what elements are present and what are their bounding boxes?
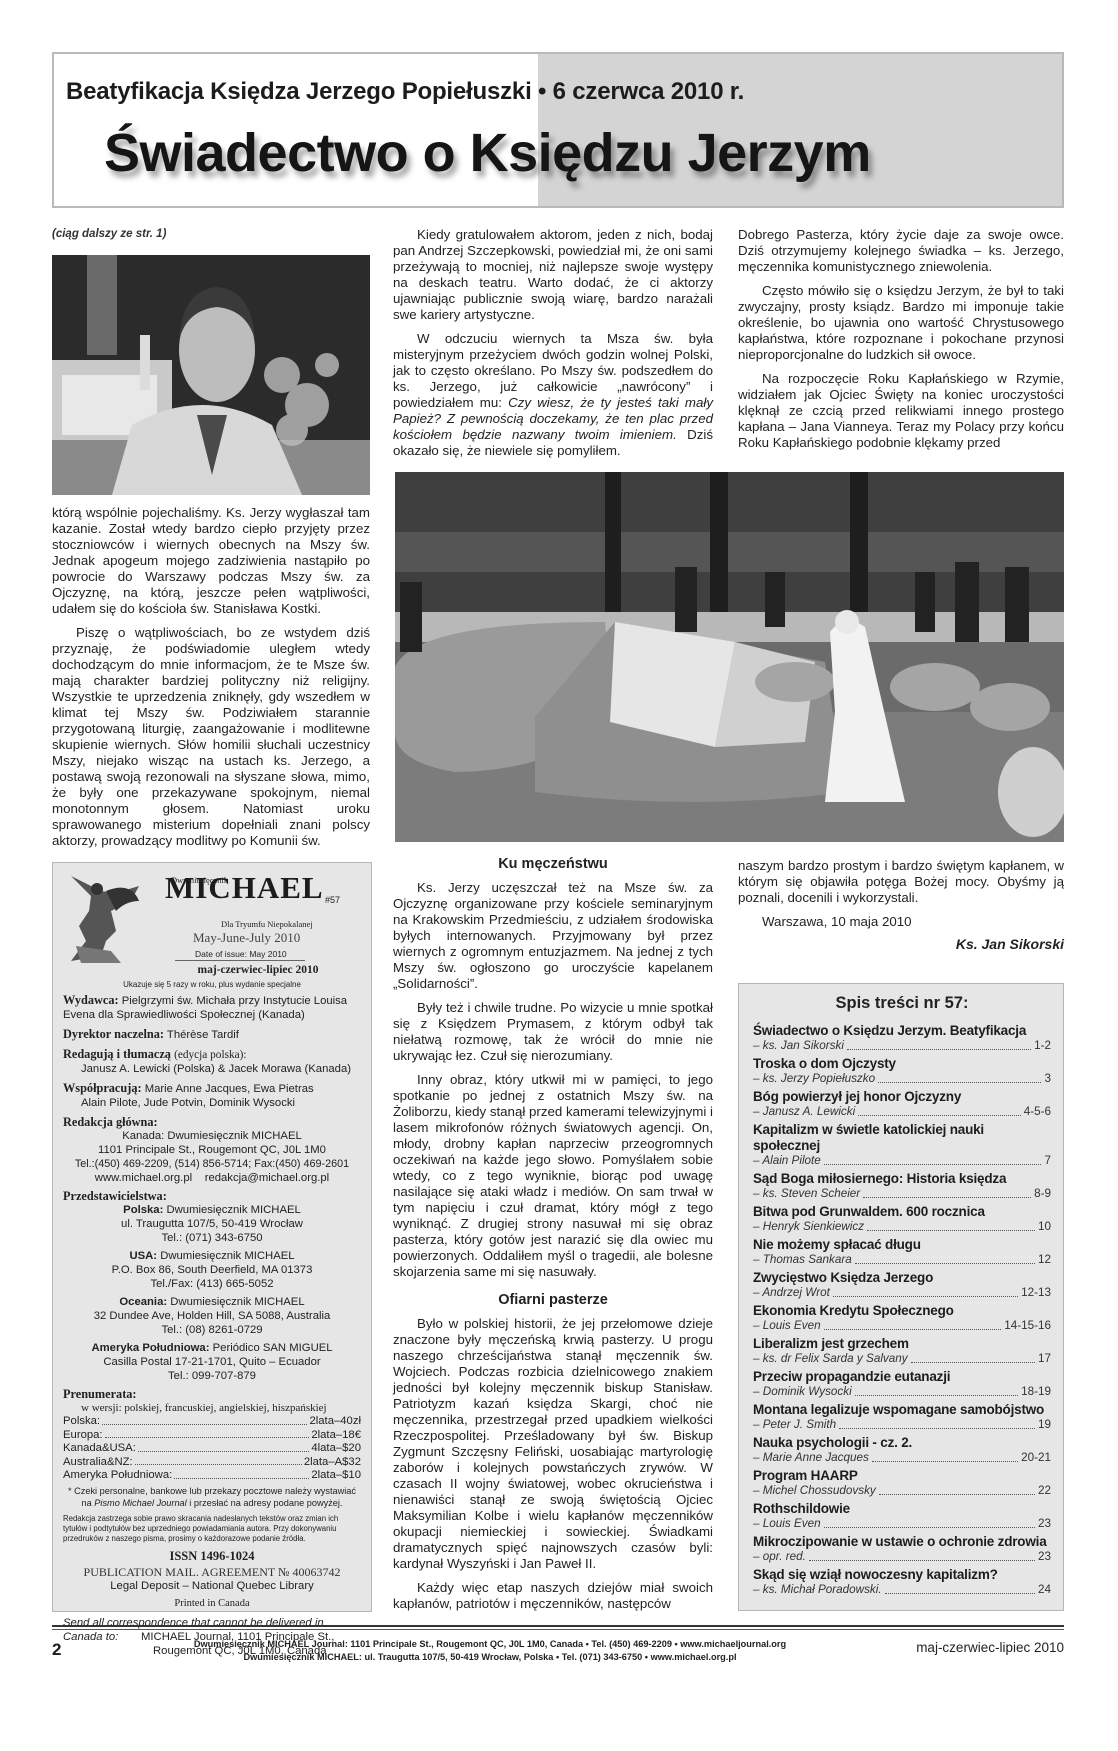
toc-item-title: Sąd Boga miłosiernego: Historia księdza [753,1171,1051,1187]
toc-item-pages: 17 [1038,1352,1051,1366]
toc-item-author: – ks. Michał Poradowski. [753,1583,882,1597]
toc-item-title: Montana legalizuje wspomagane samobójstw… [753,1402,1051,1418]
paragraph: Ks. Jerzy uczęszczał też na Msze św. za … [393,880,713,992]
masthead-box: Dwumiesięcznik MICHAEL #57 Dla Tryumfu N… [52,862,372,1612]
toc-item-pages: 1-2 [1034,1039,1051,1053]
rep-oceania: Oceania: Dwumiesięcznik MICHAEL32 Dundee… [63,1295,361,1337]
page-number: 2 [52,1640,61,1660]
publication-mail: PUBLICATION MAIL. AGREEMENT № 40063742 [63,1565,361,1579]
paragraph: którą wspólnie pojechaliśmy. Ks. Jerzy w… [52,505,370,617]
toc-item-author: – ks. dr Felix Sarda y Salvany [753,1352,908,1366]
toc-item-author: – Louis Even [753,1517,821,1531]
toc-item-title: Przeciw propagandzie eutanazji [753,1369,1051,1385]
toc-item-pages: 10 [1038,1220,1051,1234]
toc-item-author: – Dominik Wysocki [753,1385,852,1399]
page-title: Świadectwo o Księdzu Jerzym [104,122,871,184]
paragraph: Często mówiło się o księdzu Jerzym, że b… [738,283,1064,363]
paragraph: Było w polskiej historii, że jej przełom… [393,1316,713,1572]
toc-item[interactable]: Program HAARP – Michel Chossudovsky22 [753,1468,1051,1498]
toc-item[interactable]: Mikroczipowanie w ustawie o ochronie zdr… [753,1534,1051,1564]
toc-item-author: – Alain Pilote [753,1154,821,1168]
editors: Janusz A. Lewicki (Polska) & Jacek Moraw… [63,1062,361,1076]
legal-deposit: Legal Deposit – National Quebec Library [63,1579,361,1593]
toc-item-pages: 7 [1044,1154,1051,1168]
paragraph: Na rozpoczęcie Roku Kapłańskiego w Rzymi… [738,371,1064,451]
toc-title: Spis treści nr 57: [753,994,1051,1013]
issue-months-en: May-June-July 2010 [193,931,300,945]
issn: ISSN 1496-1024 [63,1549,361,1563]
toc-item[interactable]: Nie możemy spłacać długu – Thomas Sankar… [753,1237,1051,1267]
toc-item-title: Rothschildowie [753,1501,1051,1517]
toc-item[interactable]: Montana legalizuje wspomagane samobójstw… [753,1402,1051,1432]
toc-item-author: – ks. Jan Sikorski [753,1039,844,1053]
paragraph: Dobrego Pasterza, który życie daje za sw… [738,227,1064,275]
footer-rule [52,1629,1064,1630]
footer-issue: maj-czerwiec-lipiec 2010 [880,1640,1064,1655]
toc-item[interactable]: Bitwa pod Grunwaldem. 600 rocznica – Hen… [753,1204,1051,1234]
toc-item-title: Zwycięstwo Księdza Jerzego [753,1270,1051,1286]
toc-item-author: – Henryk Sienkiewicz [753,1220,864,1234]
masthead-motto: Dla Tryumfu Niepokalanej [221,917,313,931]
toc-item-pages: 12-13 [1021,1286,1051,1300]
section-heading: Ofiarni pasterze [393,1292,713,1308]
toc-item-title: Skąd się wziął nowoczesny kapitalizm? [753,1567,1051,1583]
toc-item-author: – Louis Even [753,1319,821,1333]
toc-item[interactable]: Skąd się wziął nowoczesny kapitalizm? – … [753,1567,1051,1597]
footer-address: Dwumiesięcznik MICHAEL Journal: 1101 Pri… [140,1638,840,1664]
toc-item-author: – Michel Chossudovsky [753,1484,876,1498]
toc-item-title: Bóg powierzył jej honor Ojczyzny [753,1089,1051,1105]
toc-item-author: – Marie Anne Jacques [753,1451,869,1465]
table-of-contents: Spis treści nr 57: Świadectwo o Księdzu … [738,983,1064,1611]
toc-item-title: Mikroczipowanie w ustawie o ochronie zdr… [753,1534,1051,1550]
toc-item[interactable]: Przeciw propagandzie eutanazji – Dominik… [753,1369,1051,1399]
toc-item-pages: 12 [1038,1253,1051,1267]
toc-item[interactable]: Ekonomia Kredytu Społecznego – Louis Eve… [753,1303,1051,1333]
toc-item-pages: 19 [1038,1418,1051,1432]
toc-item-title: Nie możemy spłacać długu [753,1237,1051,1253]
toc-item-author: – opr. red. [753,1550,806,1564]
toc-item-title: Nauka psychologii - cz. 2. [753,1435,1051,1451]
toc-item-pages: 22 [1038,1484,1051,1498]
article-column-1: którą wspólnie pojechaliśmy. Ks. Jerzy w… [52,505,370,857]
cheques-note: * Czeki personalne, bankowe lub przekazy… [63,1485,361,1509]
director: Thérèse Tardif [167,1029,239,1041]
toc-item-pages: 23 [1038,1517,1051,1531]
toc-item-pages: 24 [1038,1583,1051,1597]
footer-rule [52,1625,1064,1627]
continued-note: (ciąg dalszy ze str. 1) [52,228,166,240]
article-column-3-bottom: naszym bardzo prostym i bardzo świętym k… [738,858,1064,952]
toc-item-pages: 8-9 [1034,1187,1051,1201]
date-of-issue: Date of issue: May 2010 [195,947,287,961]
grave-photo [395,472,1064,842]
masthead-name: MICHAEL [165,881,324,895]
article-column-2-top: Kiedy gratulowałem aktorom, jeden z nich… [393,227,713,467]
toc-item-pages: 14-15-16 [1004,1319,1051,1333]
toc-item-author: – ks. Steven Scheier [753,1187,860,1201]
frequency: Ukazuje się 5 razy w roku, plus wydanie … [53,978,371,992]
paragraph: Kiedy gratulowałem aktorom, jeden z nich… [393,227,713,323]
section-heading: Ku męczeństwu [393,856,713,872]
email-link[interactable]: redakcja@michael.org.pl [205,1172,330,1184]
toc-item[interactable]: Zwycięstwo Księdza Jerzego – Andrzej Wro… [753,1270,1051,1300]
article-author: Ks. Jan Sikorski [738,936,1064,952]
toc-item-pages: 18-19 [1021,1385,1051,1399]
issue-months-pl: maj-czerwiec-lipiec 2010 [153,963,363,977]
toc-item[interactable]: Sąd Boga miłosiernego: Historia księdza … [753,1171,1051,1201]
paragraph: Piszę o wątpliwościach, bo ze wstydem dz… [52,625,370,849]
paragraph: Inny obraz, który utkwił mi w pamięci, t… [393,1072,713,1280]
toc-item[interactable]: Nauka psychologii - cz. 2. – Marie Anne … [753,1435,1051,1465]
toc-item-title: Kapitalizm w świetle katolickiej nauki s… [753,1122,1051,1154]
paragraph: Były też i chwile trudne. Po wizycie u m… [393,1000,713,1064]
website-link[interactable]: www.michael.org.pl [95,1172,192,1184]
rep-poland: Polska: Dwumiesięcznik MICHAELul. Traugu… [63,1203,361,1245]
toc-item-pages: 3 [1044,1072,1051,1086]
toc-item-author: – Thomas Sankara [753,1253,852,1267]
toc-item-author: – Janusz A. Lewicki [753,1105,855,1119]
toc-item[interactable]: Bóg powierzył jej honor Ojczyzny – Janus… [753,1089,1051,1119]
toc-item[interactable]: Świadectwo o Księdzu Jerzym. Beatyfikacj… [753,1023,1051,1053]
toc-item-title: Liberalizm jest grzechem [753,1336,1051,1352]
toc-item-author: – Andrzej Wrot [753,1286,830,1300]
issue-number: #57 [325,893,340,907]
toc-item-pages: 23 [1038,1550,1051,1564]
article-header-box: Beatyfikacja Księdza Jerzego Popiełuszki… [52,52,1064,208]
toc-item-author: – Peter J. Smith [753,1418,836,1432]
archangel-michael-icon [61,871,141,961]
toc-item-title: Troska o dom Ojczysty [753,1056,1051,1072]
toc-item[interactable]: Troska o dom Ojczysty – ks. Jerzy Popieł… [753,1056,1051,1086]
toc-item-title: Program HAARP [753,1468,1051,1484]
toc-item-title: Ekonomia Kredytu Społecznego [753,1303,1051,1319]
toc-item-author: – ks. Jerzy Popiełuszko [753,1072,875,1086]
paragraph: naszym bardzo prostym i bardzo świętym k… [738,858,1064,906]
toc-item-title: Bitwa pod Grunwaldem. 600 rocznica [753,1204,1051,1220]
paragraph: Każdy więc etap naszych dziejów miał swo… [393,1580,713,1612]
printed-in: Printed in Canada [63,1597,361,1611]
toc-item-pages: 4-5-6 [1024,1105,1051,1119]
portrait-photo [52,255,370,495]
article-column-3-top: Dobrego Pasterza, który życie daje za sw… [738,227,1064,459]
toc-item[interactable]: Kapitalizm w świetle katolickiej nauki s… [753,1122,1051,1168]
rights-note: Redakcja zastrzega sobie prawo skracania… [63,1514,361,1544]
toc-item[interactable]: Rothschildowie – Louis Even23 [753,1501,1051,1531]
place-date: Warszawa, 10 maja 2010 [738,914,1064,930]
toc-item-pages: 20-21 [1021,1451,1051,1465]
toc-item[interactable]: Liberalizm jest grzechem – ks. dr Felix … [753,1336,1051,1366]
rep-south-america: Ameryka Południowa: Periódico SAN MIGUEL… [63,1341,361,1383]
article-column-2-bottom: Ku męczeństwu Ks. Jerzy uczęszczał też n… [393,852,713,1620]
paragraph: W odczuciu wiernych ta Msza św. była mis… [393,331,713,459]
toc-item-title: Świadectwo o Księdzu Jerzym. Beatyfikacj… [753,1023,1051,1039]
subscription-prices: Polska:2lata–40zł Europa:2lata–18€ Kanad… [63,1415,361,1483]
header-subtitle: Beatyfikacja Księdza Jerzego Popiełuszki… [66,78,744,106]
rep-usa: USA: Dwumiesięcznik MICHAELP.O. Box 86, … [63,1249,361,1291]
